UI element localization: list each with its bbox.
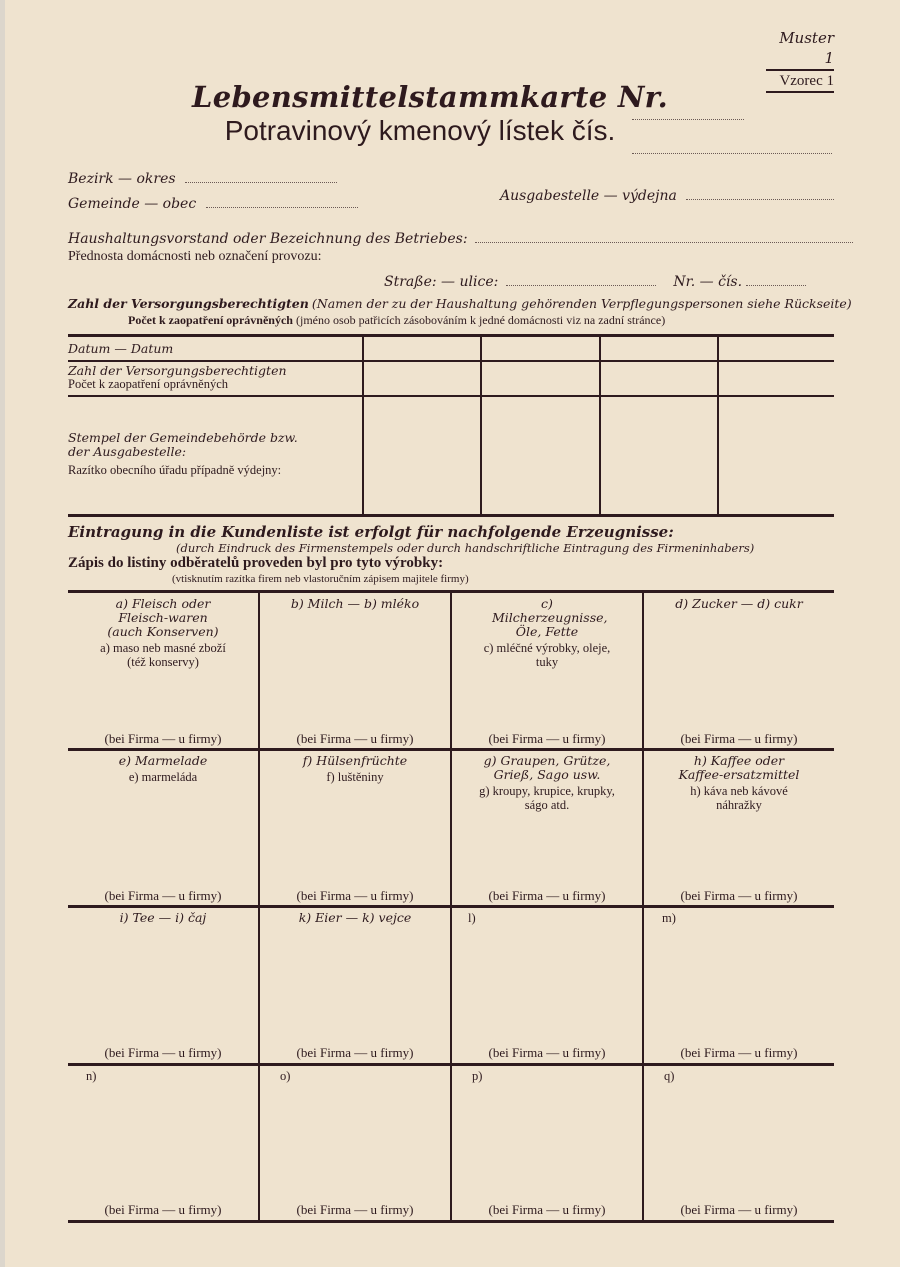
firma-label: (bei Firma — u firmy) <box>260 1202 450 1218</box>
product-cell-h[interactable]: h) Kaffee oder Kaffee-ersatzmittel h) ká… <box>644 754 834 812</box>
row-label-zahl-de: Zahl der Versorgungsberechtigten <box>68 364 287 378</box>
firma-label: (bei Firma — u firmy) <box>644 888 834 904</box>
versorgung-heading-de: Zahl der Versorgungsberechtigten (Namen … <box>68 296 852 312</box>
ausgabestelle-field: Ausgabestelle — výdejna <box>500 187 834 206</box>
firma-label: (bei Firma — u firmy) <box>644 1045 834 1061</box>
datum-cell-3[interactable] <box>601 337 717 360</box>
product-cell-i[interactable]: i) Tee — i) čaj <box>68 911 258 925</box>
ausgabestelle-label: Ausgabestelle — výdejna <box>500 188 677 204</box>
firma-label: (bei Firma — u firmy) <box>644 731 834 747</box>
firma-label: (bei Firma — u firmy) <box>68 888 258 904</box>
scan-edge <box>0 0 5 1267</box>
extra-line[interactable] <box>632 152 832 154</box>
firma-label: (bei Firma — u firmy) <box>452 731 642 747</box>
strasse-label: Straße: — ulice: <box>384 274 498 290</box>
haushalt-label-de: Haushaltungsvorstand oder Bezeichnung de… <box>68 231 468 247</box>
firma-label: (bei Firma — u firmy) <box>452 888 642 904</box>
haushalt-field: Haushaltungsvorstand oder Bezeichnung de… <box>68 230 853 249</box>
product-cell-f[interactable]: f) Hülsenfrüchte f) luštěniny <box>260 754 450 784</box>
product-cell-m[interactable]: m) <box>662 911 832 925</box>
product-cell-a[interactable]: a) Fleisch oder Fleisch-waren (auch Kons… <box>68 597 258 669</box>
haushalt-input[interactable] <box>475 241 853 243</box>
gemeinde-field: Gemeinde — obec <box>68 195 358 214</box>
nummer-input[interactable] <box>746 284 806 286</box>
versorgung-heading-cs: Počet k zaopatření oprávněných (jméno os… <box>128 313 665 328</box>
address-field: Straße: — ulice: Nr. — čís. <box>384 273 806 292</box>
kundenliste-title-cs: Zápis do listiny odběratelů proveden byl… <box>68 555 443 572</box>
product-cell-e[interactable]: e) Marmelade e) marmeláda <box>68 754 258 784</box>
ausgabestelle-input[interactable] <box>686 198 834 200</box>
row-label-zahl-cs: Počet k zaopatření oprávněných <box>68 377 228 391</box>
form-code-de: Muster 1 <box>766 28 834 71</box>
product-cell-p[interactable]: p) <box>472 1069 642 1083</box>
strasse-input[interactable] <box>506 284 656 286</box>
gemeinde-label: Gemeinde — obec <box>68 196 196 212</box>
product-cell-g[interactable]: g) Graupen, Grütze, Grieß, Sago usw. g) … <box>452 754 642 812</box>
row-label-datum: Datum — Datum <box>68 342 173 356</box>
firma-label: (bei Firma — u firmy) <box>260 888 450 904</box>
gemeinde-input[interactable] <box>206 206 358 208</box>
firma-label: (bei Firma — u firmy) <box>452 1045 642 1061</box>
kundenliste-title-de: Eintragung in die Kundenliste ist erfolg… <box>68 523 674 541</box>
datum-cell-1[interactable] <box>364 337 480 360</box>
bezirk-input[interactable] <box>185 181 337 183</box>
firma-label: (bei Firma — u firmy) <box>452 1202 642 1218</box>
kundenliste-note-cs: (vtisknutím razítka firem neb vlastoručn… <box>172 573 469 585</box>
kundenliste-note-de: (durch Eindruck des Firmenstempels oder … <box>176 541 754 555</box>
product-cell-l[interactable]: l) <box>468 911 638 925</box>
haushalt-label-cs: Přednosta domácnosti neb označení provoz… <box>68 248 321 266</box>
datum-cell-2[interactable] <box>482 337 599 360</box>
bezirk-label: Bezirk — okres <box>68 171 176 187</box>
firma-label: (bei Firma — u firmy) <box>260 1045 450 1061</box>
product-cell-c[interactable]: c) Milcherzeugnisse, Öle, Fette c) mléčn… <box>452 597 642 669</box>
bezirk-field: Bezirk — okres <box>68 170 337 189</box>
product-cell-d[interactable]: d) Zucker — d) cukr <box>644 597 834 611</box>
row-label-stempel-de: Stempel der Gemeindebehörde bzw. der Aus… <box>68 431 318 459</box>
product-cell-n[interactable]: n) <box>86 1069 256 1083</box>
title-cs: Potravinový kmenový lístek čís. <box>0 115 900 147</box>
firma-label: (bei Firma — u firmy) <box>260 731 450 747</box>
firma-label: (bei Firma — u firmy) <box>68 731 258 747</box>
nummer-label: Nr. — čís. <box>673 274 742 290</box>
product-cell-o[interactable]: o) <box>280 1069 450 1083</box>
product-cell-b[interactable]: b) Milch — b) mléko <box>260 597 450 611</box>
row-label-stempel-cs: Razítko obecního úřadu případně výdejny: <box>68 463 281 477</box>
firma-label: (bei Firma — u firmy) <box>68 1202 258 1218</box>
firma-label: (bei Firma — u firmy) <box>644 1202 834 1218</box>
product-cell-q[interactable]: q) <box>664 1069 834 1083</box>
datum-cell-4[interactable] <box>719 337 834 360</box>
title-de: Lebensmittelstammkarte Nr. <box>0 80 900 114</box>
product-cell-k[interactable]: k) Eier — k) vejce <box>260 911 450 925</box>
firma-label: (bei Firma — u firmy) <box>68 1045 258 1061</box>
